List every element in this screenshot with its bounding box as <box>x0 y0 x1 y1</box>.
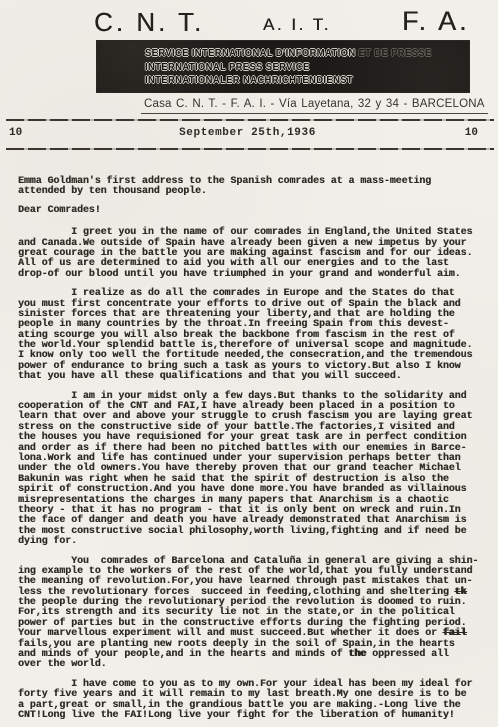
masthead-rule-top <box>6 119 494 121</box>
page-number-right: 10 <box>465 127 478 139</box>
press-service-banner: SERVICE INTERNATIONAL D'INFORMATION ET D… <box>97 41 469 92</box>
banner-line-english: INTERNATIONAL PRESS SERVICE <box>145 61 437 75</box>
typewritten-line: spirit of construction.And you have done… <box>18 485 490 495</box>
salutation: Dear Comrades! <box>18 206 490 216</box>
typewritten-line: dying for. <box>18 537 490 547</box>
address-line: Casa C. N. T. - F. A. I. - Vía Layetana,… <box>141 98 488 114</box>
overtyped-text: the <box>348 649 366 660</box>
paragraph: I have come to you as to my own.For your… <box>18 680 490 722</box>
typewritten-line: I greet you in the name of our comrades … <box>18 228 490 238</box>
banner-line-french: SERVICE INTERNATIONAL D'INFORMATION ET D… <box>145 47 437 61</box>
body-paragraphs: I greet you in the name of our comrades … <box>18 228 490 721</box>
org-initials-cnt: C. N. T. <box>94 7 204 38</box>
typewritten-line: CNT!Long live the FAI!Long live your fig… <box>18 711 490 721</box>
typewritten-body: Emma Goldman's first address to the Span… <box>18 177 490 721</box>
typewritten-line: that you have all these qualifications a… <box>18 372 490 382</box>
paragraph: I realize as do all the comrades in Euro… <box>18 289 490 383</box>
paragraph: I greet you in the name of our comrades … <box>18 228 490 280</box>
paragraph: I am in your midst only a few days.But t… <box>18 392 490 548</box>
scanned-bulletin-page: C. N. T. A. I. T. F. A. I. SERVICE INTER… <box>0 0 498 727</box>
typewritten-line: drop-of our blood until you have triumph… <box>18 270 490 280</box>
org-initials-ait: A. I. T. <box>263 15 331 35</box>
page-number-left: 10 <box>9 127 22 139</box>
struck-out-text: fail <box>443 628 467 639</box>
typewritten-line: the most constructive social philosophy,… <box>18 527 490 537</box>
paragraph: You comrades of Barcelona and Cataluña i… <box>18 557 490 671</box>
typewritten-line: over the world. <box>18 660 490 670</box>
typewritten-line: attended by ten thousand people. <box>18 187 490 197</box>
typewritten-line: I realize as do all the comrades in Euro… <box>18 289 490 299</box>
masthead-date-row: 10 September 25th,1936 10 <box>9 127 486 141</box>
banner-line-german: INTERNATIONALER NACHRICHTENDIENST <box>145 74 437 88</box>
banner-line-french-faded: ET DE PRESSE <box>356 47 432 59</box>
issue-date: September 25th,1936 <box>179 127 316 139</box>
intro-note: Emma Goldman's first address to the Span… <box>18 177 490 198</box>
masthead-rule-bottom <box>6 148 494 150</box>
